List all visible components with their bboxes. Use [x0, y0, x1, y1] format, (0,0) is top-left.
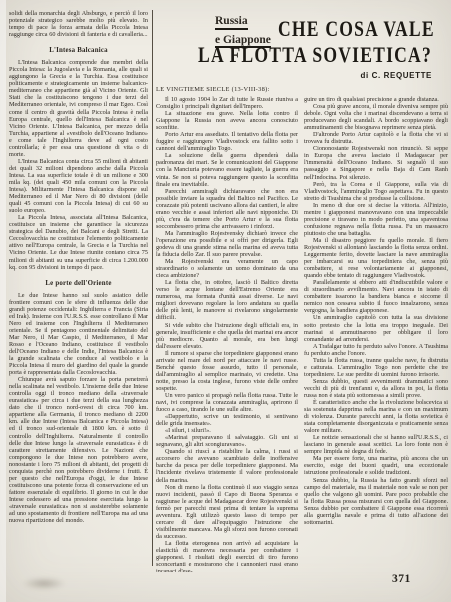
article-header: Russia e Giappone CHE COSA VALE LA FLOTT…: [155, 8, 448, 96]
paragraph: Un vero panico si propagò nella flotta r…: [156, 392, 298, 413]
paragraph: Porto Artur era assediato. Il tentativo …: [156, 131, 298, 152]
section-body-intesa-balcanica: L'Intesa Balcanica comprende due membri …: [9, 59, 148, 270]
paragraph: Le due Intese hanno sul suolo asiatico d…: [9, 292, 148, 377]
paragraph: L'Intesa Balcanica conta circa 55 milion…: [9, 158, 148, 214]
paragraph: La flotta eterogenea non arrivò ad acqui…: [156, 540, 298, 572]
paragraph: La flotta che, in ottobre, lasciò il Bal…: [156, 279, 298, 321]
paragraph: Le notizie sensazionali che si hanno sul…: [304, 434, 448, 455]
paragraph: La Piccola Intesa, associata all'Intesa …: [9, 214, 148, 270]
paragraph: Chiunque avrà saputo forzare la porta pe…: [9, 376, 148, 524]
kicker-line-1: Russia: [215, 15, 248, 30]
paragraph: È caratteristico anche che la rivoluzion…: [304, 399, 448, 434]
paragraph: Parecchi ammiragli dichiaravano che non …: [156, 188, 298, 230]
paragraph: L'Intesa Balcanica comprende due membri …: [9, 59, 148, 158]
paragraph: In meno di due ore si decise la vittoria…: [304, 202, 448, 237]
paragraph: guire un tiro di qualsiasi precisione a …: [304, 96, 448, 103]
article-title-line2: LA FLOTTA SOVIETICA?: [198, 43, 432, 67]
paragraph: La soluzione della guerra dipenderà dall…: [156, 152, 298, 187]
paragraph: Però, tra la Corea e il Giappone, sulla …: [304, 181, 448, 202]
section-body-porte-oriente: Le due Intese hanno sul suolo asiatico d…: [9, 292, 148, 525]
column-divider: [152, 10, 153, 566]
paragraph: Ciononostante Rojestwenski non rinunciò.…: [304, 145, 448, 180]
left-column: solidi della monarchia degli Absburgo, e…: [9, 10, 148, 568]
right-column: guire un tiro di qualsiasi precisione a …: [304, 96, 448, 568]
page-number: 371: [392, 573, 411, 585]
paragraph: «Marinai preparavano il salvataggio. Gli…: [156, 434, 298, 448]
paragraph: Ma Rojestvenski era veramente un capo st…: [156, 258, 298, 279]
section-heading-intesa-balcanica: L'Intesa Balcanica: [9, 47, 148, 54]
scan-smudge: [22, 577, 66, 590]
paragraph: Un ammiraglio capitolò con tutta la sua …: [304, 314, 448, 342]
paragraph: Senza dubbio, questi avvenimenti drammat…: [304, 378, 448, 399]
section-heading-porte-oriente: Le porte dell'Oriente: [9, 280, 148, 287]
paragraph: Tutta la flotta russa, tranne qualche na…: [304, 357, 448, 378]
paragraph: La situazione era grave. Nella lotta con…: [156, 110, 298, 131]
scan-edge: [0, 0, 6, 602]
paragraph: Quando si riuscì a ristabilire la calma,…: [156, 448, 298, 483]
paragraph: D'altronde Porto Artur capitolò e la flo…: [304, 131, 448, 145]
article-byline: di C. REQUETTE: [360, 71, 432, 80]
paragraph: Senza dubbio, la Russia ha fatto grandi …: [304, 477, 448, 526]
paragraph: Il rumore si sparse che torpediniere gia…: [156, 350, 298, 392]
paragraph: A Trafalgar tutto fu perduto salvo l'ono…: [304, 343, 448, 357]
paragraph: Il 10 agosto 1904 lo Zar di tutte le Rus…: [156, 96, 298, 110]
paragraph: Ma per essere forte, una marina, più anc…: [304, 455, 448, 476]
middle-column: Il 10 agosto 1904 lo Zar di tutte le Rus…: [156, 96, 298, 572]
paragraph: Si vide subito che l'istruzione degli uf…: [156, 322, 298, 350]
paragraph: Non di meno la flotta continuò il suo vi…: [156, 484, 298, 540]
article-title-line1: CHE COSA VALE: [278, 17, 435, 41]
magazine-page: solidi della monarchia degli Absburgo, e…: [0, 0, 451, 602]
paragraph: Ma il disastro peggiore fu quello morale…: [304, 237, 448, 279]
paragraph: solidi della monarchia degli Absburgo, e…: [9, 10, 148, 38]
paragraph: «Dappertutto, scrive un testimonio, si s…: [156, 413, 298, 427]
paragraph: Ma l'ammiraglio Rojestvensky dichiarò in…: [156, 230, 298, 258]
paragraph: Parallelamente si ebbero atti d'indiscut…: [304, 279, 448, 314]
paragraph: «I siluri, i siluri!».: [156, 427, 298, 434]
source-citation: LE VINGTIEME SIECLE (13-VIII-38):: [156, 86, 270, 93]
paragraph: Cosa più grave ancora, il morale diveniv…: [304, 103, 448, 131]
